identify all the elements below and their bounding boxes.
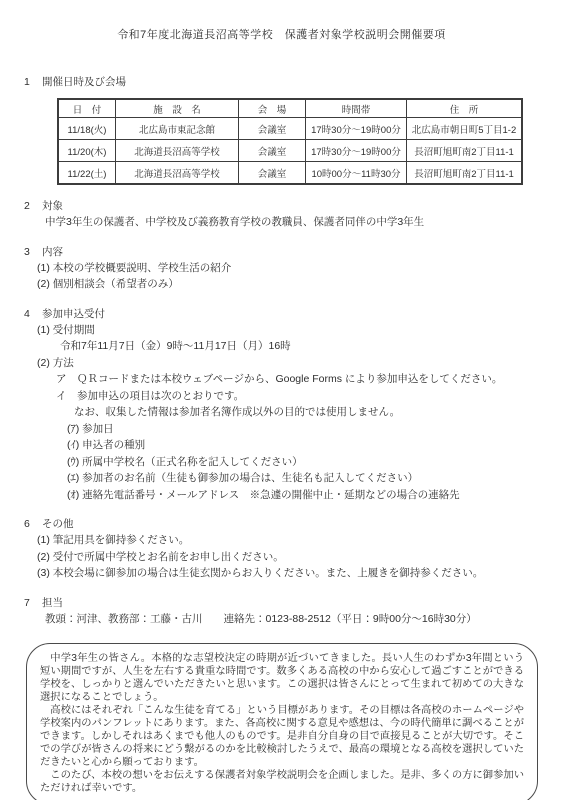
section-heading-text: 内容 [42,244,63,260]
application-method-i: イ 参加申込の項目は次のとおりです。 [22,388,541,405]
others-item: (3) 本校会場に御参加の場合は生徒玄関からお入りください。また、上履きを御持参… [22,565,541,582]
section-others: 6 その他 (1) 筆記用具を御持参ください。 (2) 受付で所属中学校とお名前… [22,516,541,582]
cell-address: 長沼町旭町南2丁目11-1 [407,140,523,162]
table-row: 11/20(木) 北海道長沼高等学校 会議室 17時30分～19時00分 長沼町… [58,140,522,162]
col-header-venue: 会 場 [239,99,306,118]
cell-facility: 北海道長沼高等学校 [116,140,239,162]
cell-time: 10時00分～11時30分 [306,162,407,185]
cell-date: 11/18(火) [58,118,116,140]
section-heading-text: 対象 [42,198,63,214]
table-row: 11/22(土) 北海道長沼高等学校 会議室 10時00分～11時30分 長沼町… [58,162,522,185]
message-paragraph: 高校にはそれぞれ「こんな生徒を育てる」という目標があります。その目標は各高校のホ… [40,704,524,769]
section-others-heading: 6 その他 [22,516,541,532]
cell-time: 17時30分～19時00分 [306,140,407,162]
application-method-a: ア ＱＲコードまたは本校ウェブページから、Google Forms により参加申… [22,371,541,388]
application-note: なお、収集した情報は参加者名簿作成以外の目的では使用しません。 [22,404,541,421]
col-header-time: 時間帯 [306,99,407,118]
section-heading-text: 開催日時及び会場 [42,74,126,90]
section-heading-text: 参加申込受付 [42,306,105,322]
cell-venue: 会議室 [239,118,306,140]
section-heading-text: その他 [42,516,74,532]
section-application-heading: 4 参加申込受付 [22,306,541,322]
cell-date: 11/20(木) [58,140,116,162]
cell-time: 17時30分～19時00分 [306,118,407,140]
target-body: 中学3年生の保護者、中学校及び義務教育学校の教職員、保護者同伴の中学3年生 [22,214,541,231]
section-number: 3 [22,244,42,260]
document-title: 令和7年度北海道長沼高等学校 保護者対象学校説明会開催要項 [22,26,541,42]
application-method-label: (2) 方法 [22,355,541,372]
application-field: (ｴ) 参加者のお名前（生徒も御参加の場合は、生徒名も記入してください） [22,470,541,487]
section-number: 2 [22,198,42,214]
section-number: 1 [22,74,42,90]
col-header-date: 日 付 [58,99,116,118]
cell-address: 長沼町旭町南2丁目11-1 [407,162,523,185]
application-field: (ｳ) 所属中学校名（正式名称を記入してください） [22,454,541,471]
section-heading-text: 担当 [42,595,63,611]
section-schedule-heading: 1 開催日時及び会場 [22,74,541,90]
section-number: 4 [22,306,42,322]
application-field: (ｲ) 申込者の種別 [22,437,541,454]
section-staff-heading: 7 担当 [22,595,541,611]
cell-date: 11/22(土) [58,162,116,185]
col-header-facility: 施 設 名 [116,99,239,118]
application-period-value: 令和7年11月7日（金）9時～11月17日（月）16時 [22,338,541,355]
schedule-table: 日 付 施 設 名 会 場 時間帯 住 所 11/18(火) 北広島市東記念館 … [57,98,523,185]
document-page: 令和7年度北海道長沼高等学校 保護者対象学校説明会開催要項 1 開催日時及び会場… [0,0,565,800]
application-field: (ｱ) 参加日 [22,421,541,438]
table-row: 11/18(火) 北広島市東記念館 会議室 17時30分～19時00分 北広島市… [58,118,522,140]
section-staff: 7 担当 教頭：河津、教務部：工藤・古川 連絡先：0123-88-2512（平日… [22,595,541,628]
cell-facility: 北海道長沼高等学校 [116,162,239,185]
others-item: (2) 受付で所属中学校とお名前をお申し出ください。 [22,549,541,566]
principal-message-box: 中学3年生の皆さん。本格的な志望校決定の時期が近づいてきました。長い人生のわずか… [26,643,538,800]
staff-contact: 教頭：河津、教務部：工藤・古川 連絡先：0123-88-2512（平日：9時00… [22,611,541,628]
section-target-heading: 2 対象 [22,198,541,214]
section-application: 4 参加申込受付 (1) 受付期間 令和7年11月7日（金）9時～11月17日（… [22,306,541,504]
section-number: 6 [22,516,42,532]
cell-facility: 北広島市東記念館 [116,118,239,140]
cell-venue: 会議室 [239,140,306,162]
message-paragraph: このたび、本校の想いをお伝えする保護者対象学校説明会を企画しました。是非、多くの… [40,769,524,795]
section-target: 2 対象 中学3年生の保護者、中学校及び義務教育学校の教職員、保護者同伴の中学3… [22,198,541,231]
cell-address: 北広島市朝日町5丁目1-2 [407,118,523,140]
section-schedule: 1 開催日時及び会場 日 付 施 設 名 会 場 時間帯 住 所 11/18(火… [22,74,541,185]
application-period-label: (1) 受付期間 [22,322,541,339]
message-paragraph: 中学3年生の皆さん。本格的な志望校決定の時期が近づいてきました。長い人生のわずか… [40,652,524,704]
table-header-row: 日 付 施 設 名 会 場 時間帯 住 所 [58,99,522,118]
section-number: 7 [22,595,42,611]
others-item: (1) 筆記用具を御持参ください。 [22,532,541,549]
col-header-address: 住 所 [407,99,523,118]
cell-venue: 会議室 [239,162,306,185]
content-item: (2) 個別相談会（希望者のみ） [22,276,541,293]
section-content: 3 内容 (1) 本校の学校概要説明、学校生活の紹介 (2) 個別相談会（希望者… [22,244,541,293]
section-content-heading: 3 内容 [22,244,541,260]
content-item: (1) 本校の学校概要説明、学校生活の紹介 [22,260,541,277]
application-field: (ｵ) 連絡先電話番号・メールアドレス ※急遽の開催中止・延期などの場合の連絡先 [22,487,541,504]
